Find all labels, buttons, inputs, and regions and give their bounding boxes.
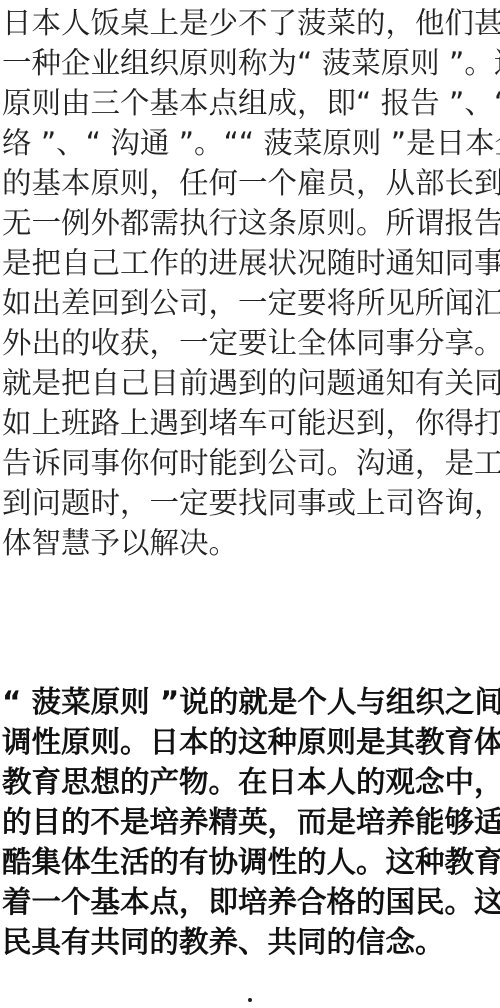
- text-line: 告诉同事你何时能到公司。沟通，是工作遇: [0, 443, 500, 483]
- text-line: 的目的不是培养精英，而是培养能够适应严: [0, 802, 500, 842]
- text-line: 到问题时，一定要找同事或上司咨询，以集: [0, 483, 500, 523]
- paragraph-education-philosophy: “ 菠菜原则 ”说的就是个人与组织之间的协 调性原则。日本的这种原则是其教育体系…: [0, 682, 500, 962]
- text-line: 外出的收获，一定要让全体同事分享。联络，: [0, 323, 500, 363]
- text-line: 调性原则。日本的这种原则是其教育体系与: [0, 722, 500, 762]
- end-marker-dot: [248, 998, 252, 1002]
- text-line: 无一例外都需执行这条原则。所谓报告，就: [0, 203, 500, 243]
- text-line: 酷集体生活的有协调性的人。这种教育贯穿: [0, 842, 500, 882]
- paragraph-spinach-principle-intro: 日本人饭桌上是少不了菠菜的，他们甚至把 一种企业组织原则称为“ 菠菜原则 ”。这…: [0, 3, 500, 563]
- text-line: 着一个基本点，即培养合格的国民。这种国: [0, 882, 500, 922]
- text-line: 民具有共同的教养、共同的信念。: [0, 922, 500, 962]
- text-line: 就是把自己目前遇到的问题通知有关同事，: [0, 363, 500, 403]
- text-line: 原则由三个基本点组成，即“ 报告 ”、“ 联: [0, 83, 500, 123]
- text-line: 如出差回到公司，一定要将所见所闻汇报；: [0, 283, 500, 323]
- text-line: 一种企业组织原则称为“ 菠菜原则 ”。这个: [0, 43, 500, 83]
- text-line: 如上班路上遇到堵车可能迟到，你得打电话: [0, 403, 500, 443]
- text-line: 的基本原则，任何一个雇员，从部长到社长，: [0, 163, 500, 203]
- text-line: 体智慧予以解决。: [0, 523, 500, 563]
- text-line: “ 菠菜原则 ”说的就是个人与组织之间的协: [0, 682, 500, 722]
- text-line: 络 ”、“ 沟通 ”。““ 菠菜原则 ”是日本企业: [0, 123, 500, 163]
- text-line: 教育思想的产物。在日本人的观念中，教育: [0, 762, 500, 802]
- text-line: 是把自己工作的进展状况随时通知同事，比: [0, 243, 500, 283]
- text-line: 日本人饭桌上是少不了菠菜的，他们甚至把: [0, 3, 500, 43]
